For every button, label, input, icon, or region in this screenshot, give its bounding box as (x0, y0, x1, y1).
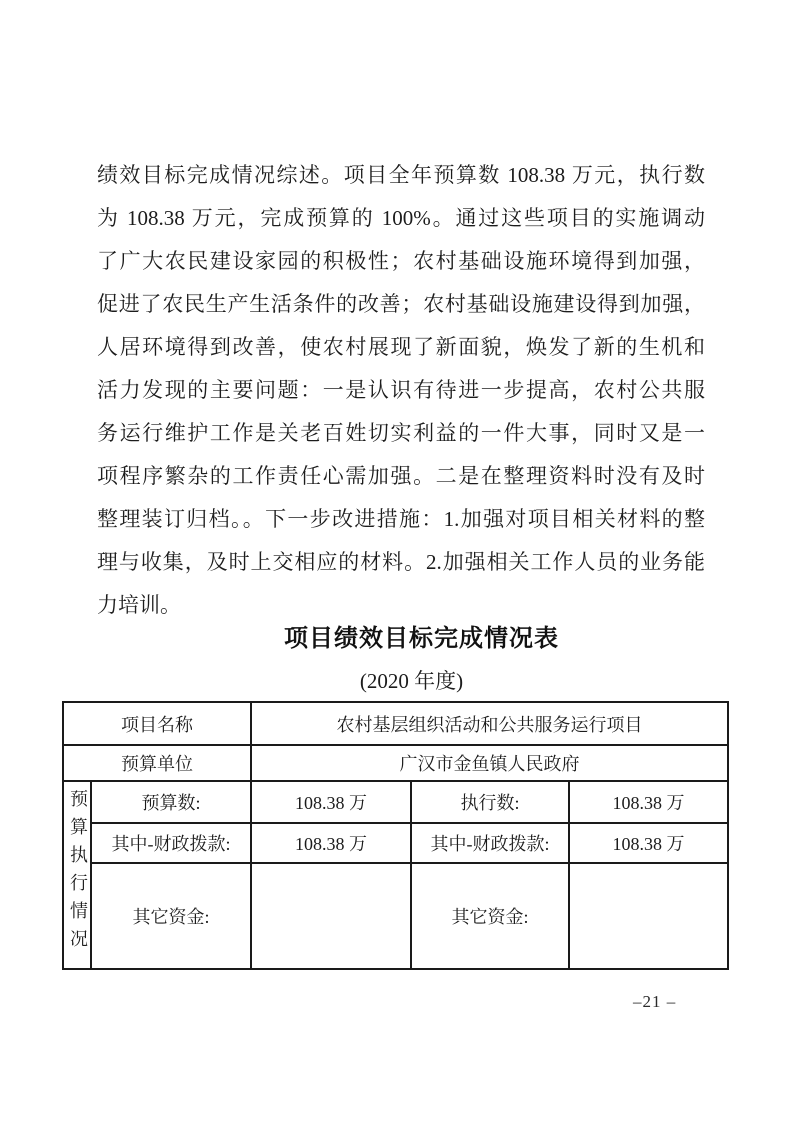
other-funds-label-cell: 其它资金: (91, 863, 251, 969)
paragraph-line: 整理装订归档。。下一步改进措施：1.加强对项目相关材料的整 (97, 498, 705, 541)
table-subtitle: (2020 年度) (0, 665, 793, 697)
paragraph-line: 务运行维护工作是关老百姓切实利益的一件大事，同时又是一 (97, 412, 705, 455)
paragraph-line: 促进了农民生产生活条件的改善；农村基础设施建设得到加强， (97, 283, 705, 326)
paragraph-line: 了广大农民建设家园的积极性；农村基础设施环境得到加强， (97, 240, 705, 283)
page-number: –21 – (633, 992, 676, 1012)
summary-paragraph: 绩效目标完成情况综述。项目全年预算数 108.38 万元，执行数 为 108.3… (97, 154, 705, 627)
paragraph-line: 活力发现的主要问题：一是认识有待进一步提高，农村公共服 (97, 369, 705, 412)
paragraph-line: 为 108.38 万元，完成预算的 100%。通过这些项目的实施调动 (97, 197, 705, 240)
fiscal-allocation-label-cell: 其中-财政拨款: (91, 823, 251, 863)
paragraph-line: 绩效目标完成情况综述。项目全年预算数 108.38 万元，执行数 (97, 154, 705, 197)
paragraph-line: 项程序繁杂的工作责任心需加强。二是在整理资料时没有及时 (97, 455, 705, 498)
project-name-value-cell: 农村基层组织活动和公共服务运行项目 (251, 702, 728, 745)
fiscal-allocation-value-cell: 108.38 万 (251, 823, 411, 863)
budget-unit-value-cell: 广汉市金鱼镇人民政府 (251, 745, 728, 781)
table-row: 预算执行情况 预算数: 108.38 万 执行数: 108.38 万 (63, 781, 728, 823)
other-funds-value-cell (569, 863, 728, 969)
execution-amount-value-cell: 108.38 万 (569, 781, 728, 823)
document-page: 绩效目标完成情况综述。项目全年预算数 108.38 万元，执行数 为 108.3… (0, 0, 793, 1122)
budget-unit-label-cell: 预算单位 (63, 745, 251, 781)
budget-execution-header-text: 预算执行情况 (66, 789, 90, 957)
table-row: 其中-财政拨款: 108.38 万 其中-财政拨款: 108.38 万 (63, 823, 728, 863)
fiscal-allocation-label-cell: 其中-财政拨款: (411, 823, 569, 863)
budget-amount-label-cell: 预算数: (91, 781, 251, 823)
other-funds-label-cell: 其它资金: (411, 863, 569, 969)
budget-amount-value-cell: 108.38 万 (251, 781, 411, 823)
table-title: 项目绩效目标完成情况表 (0, 624, 793, 654)
paragraph-line: 力培训。 (97, 584, 705, 627)
budget-execution-header-cell: 预算执行情况 (63, 781, 91, 969)
performance-table-container: 项目名称 农村基层组织活动和公共服务运行项目 预算单位 广汉市金鱼镇人民政府 预… (62, 701, 729, 970)
performance-table: 项目名称 农村基层组织活动和公共服务运行项目 预算单位 广汉市金鱼镇人民政府 预… (62, 701, 729, 970)
other-funds-value-cell (251, 863, 411, 969)
paragraph-line: 理与收集，及时上交相应的材料。2.加强相关工作人员的业务能 (97, 541, 705, 584)
table-row: 预算单位 广汉市金鱼镇人民政府 (63, 745, 728, 781)
execution-amount-label-cell: 执行数: (411, 781, 569, 823)
project-name-label-cell: 项目名称 (63, 702, 251, 745)
table-row: 项目名称 农村基层组织活动和公共服务运行项目 (63, 702, 728, 745)
fiscal-allocation-value-cell: 108.38 万 (569, 823, 728, 863)
table-row: 其它资金: 其它资金: (63, 863, 728, 969)
paragraph-line: 人居环境得到改善，使农村展现了新面貌，焕发了新的生机和 (97, 326, 705, 369)
